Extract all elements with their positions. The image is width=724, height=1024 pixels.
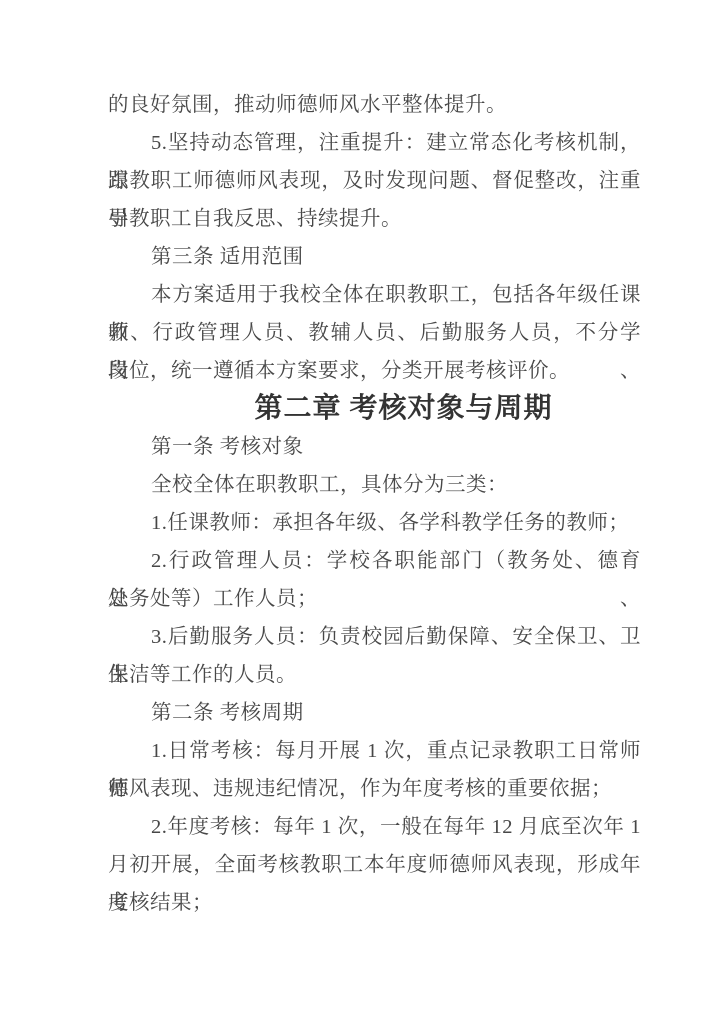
body-text-line: 3.后勤服务人员：负责校园后勤保障、安全保卫、卫生 [108,618,641,656]
body-text-line: 2.行政管理人员：学校各职能部门（教务处、德育处、 [108,542,641,580]
body-text-line: 考核结果； [108,884,641,922]
document-page: 的良好氛围，推动师德师风水平整体提升。 5.坚持动态管理，注重提升：建立常态化考… [0,0,724,1024]
body-text-line: 1.日常考核：每月开展 1 次，重点记录教职工日常师德 [108,732,641,770]
article-2-heading: 第二条 考核周期 [108,694,641,732]
body-text-line: 2.年度考核：每年 1 次，一般在每年 12 月底至次年 1 [108,808,641,846]
body-text-line: 导教职工自我反思、持续提升。 [108,200,641,238]
body-text-line: 5.坚持动态管理，注重提升：建立常态化考核机制，跟 [108,124,641,162]
body-text-line: 本方案适用于我校全体在职教职工，包括各年级任课教 [108,276,641,314]
body-text-line: 全校全体在职教职工，具体分为三类： [108,466,641,504]
body-text-line: 1.任课教师：承担各年级、各学科教学任务的教师； [108,504,641,542]
body-text-line: 岗位，统一遵循本方案要求，分类开展考核评价。 [108,352,641,390]
body-text-line: 的良好氛围，推动师德师风水平整体提升。 [108,86,641,124]
body-text-line: 月初开展，全面考核教职工本年度师德师风表现，形成年度 [108,846,641,884]
body-text-line: 保洁等工作的人员。 [108,656,641,694]
document-content: 的良好氛围，推动师德师风水平整体提升。 5.坚持动态管理，注重提升：建立常态化考… [108,86,641,922]
body-text-line: 踪教职工师德师风表现，及时发现问题、督促整改，注重引 [108,162,641,200]
chapter-2-heading: 第二章 考核对象与周期 [108,390,641,428]
body-text-line: 师风表现、违规违纪情况，作为年度考核的重要依据； [108,770,641,808]
body-text-line: 师、行政管理人员、教辅人员、后勤服务人员，不分学段、 [108,314,641,352]
article-1-heading: 第一条 考核对象 [108,428,641,466]
article-3-heading: 第三条 适用范围 [108,238,641,276]
